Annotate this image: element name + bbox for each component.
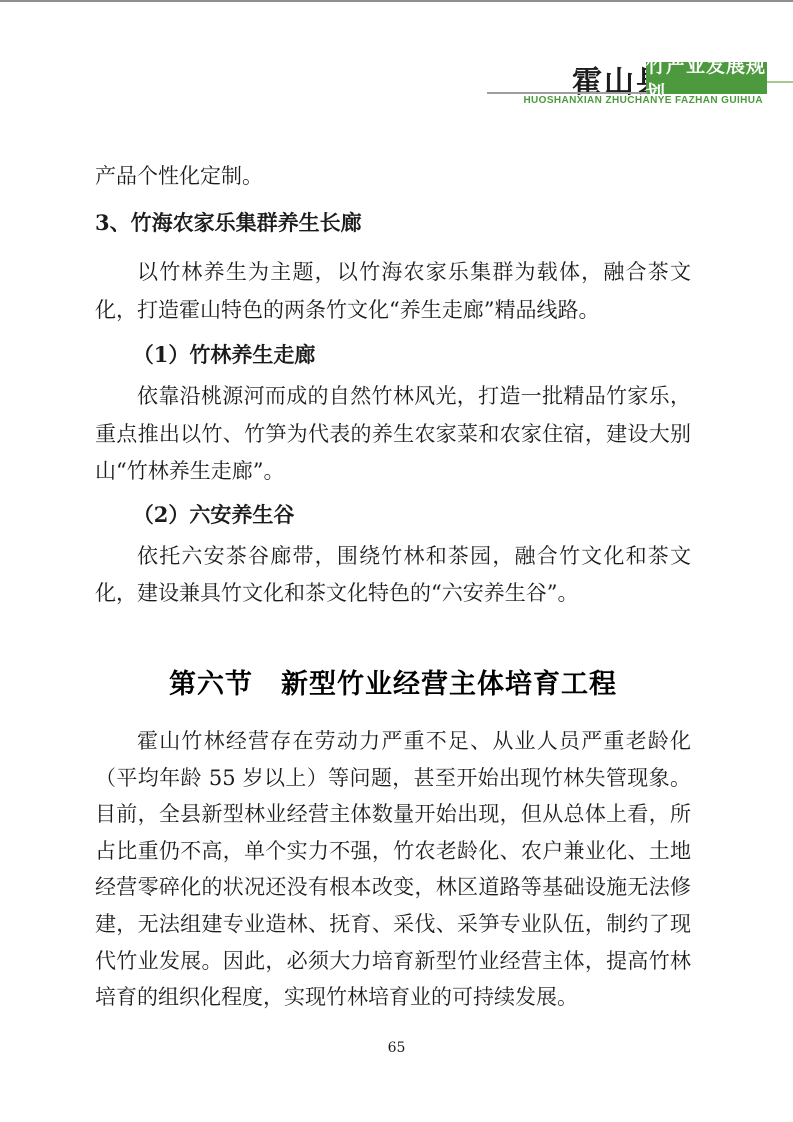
heading-sub-1: （1）竹林养生走廊 [95,336,691,374]
paragraph-item-3: 以竹林养生为主题，以竹海农家乐集群为载体，融合茶文化，打造霍山特色的两条竹文化“… [95,253,691,329]
document-page: 霍山县 竹产业发展规划 HUOSHANXIAN ZHUCHANYE FAZHAN… [0,0,793,1122]
header-divider-line [487,92,647,94]
paragraph-sub-2: 依托六安茶谷廊带，围绕竹林和茶园，融合竹文化和茶文化，建设兼具竹文化和茶文化特色… [95,538,691,612]
header-green-rule [767,81,793,83]
paragraph-sub-1: 依靠沿桃源河而成的自然竹林风光，打造一批精品竹家乐，重点推出以竹、竹笋为代表的养… [95,378,691,491]
header-title-badge: 竹产业发展规划 [646,62,767,94]
heading-sub-2: （2）六安养生谷 [95,496,691,534]
paragraph-section-body: 霍山竹林经营存在劳动力严重不足、从业人员严重老龄化（平均年龄 55 岁以上）等问… [95,723,691,1016]
paragraph-intro-tail: 产品个性化定制。 [95,158,691,196]
page-number: 65 [0,1040,793,1056]
heading-item-3: 3、竹海农家乐集群养生长廊 [95,204,691,242]
section-title: 第六节 新型竹业经营主体培育工程 [95,662,691,701]
page-top-border [0,0,793,2]
header-pinyin-subtitle: HUOSHANXIAN ZHUCHANYE FAZHAN GUIHUA [523,95,763,106]
